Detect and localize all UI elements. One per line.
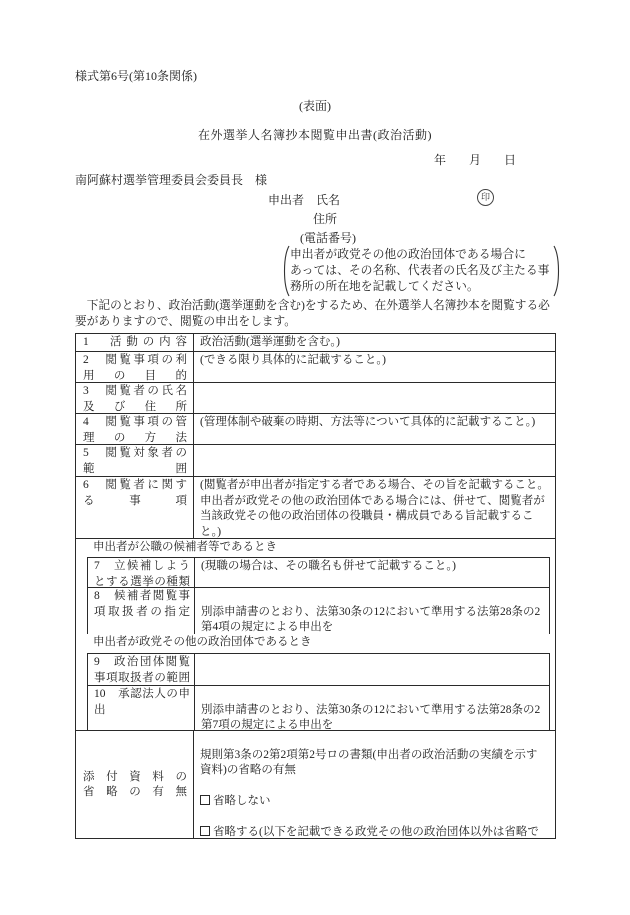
note-text: 申出者が政党その他の政治団体である場合に あっては、その名称、代表者の氏名及び主… — [290, 245, 553, 297]
row-scope-value-blank[interactable] — [194, 445, 555, 476]
row-activity-label: 1 活動の内容 — [76, 334, 194, 351]
approved-corp-text: 別添申請書のとおり、法第30条の12において準用する法第28条の2 第7項の規定… — [201, 703, 546, 731]
month-label: 月 — [469, 151, 481, 168]
paren-left-icon — [281, 245, 290, 297]
address-label[interactable]: 住所 — [313, 210, 337, 227]
body-paragraph: 下記のとおり、政治活動(選挙運動を含む)をするため、在外選挙人名簿抄本を閲覧する… — [75, 298, 620, 330]
political-org-subtable: 9 政治団体閲覧 事項取扱者の範囲 10 承認法人の申 出 別添申請書のとおり、… — [87, 653, 550, 730]
row-attachments-label: 添付資料の 省略の有無 — [76, 731, 194, 838]
paren-right-icon — [553, 245, 562, 297]
page-title: 在外選挙人名簿抄本閲覧申出書(政治活動) — [0, 126, 630, 143]
side-label: (表面) — [0, 97, 630, 114]
row-viewer-matters: 6 閲覧者に関す る事項 (閲覧者が申出者が指定する者である場合、その旨を記載す… — [76, 476, 555, 538]
row-approved-corp-value: 別添申請書のとおり、法第30条の12において準用する法第28条の2 第7項の規定… — [195, 686, 549, 730]
row-approved-corp: 10 承認法人の申 出 別添申請書のとおり、法第30条の12において準用する法第… — [88, 685, 549, 730]
checkbox-icon[interactable] — [200, 795, 210, 805]
row-activity: 1 活動の内容 政治活動(選挙運動を含む。) — [76, 334, 555, 351]
row-election-type: 7 立候補しよう とする選挙の種類 (現職の場合は、その職名も併せて記載すること… — [88, 558, 549, 587]
row-management-label: 4 閲覧事項の管 理の方法 — [76, 414, 194, 444]
year-label: 年 — [434, 151, 446, 168]
row-candidate-handler-label: 8 候補者閲覧事 項取扱者の指定 — [88, 588, 195, 634]
row-approved-corp-label: 10 承認法人の申 出 — [88, 686, 195, 730]
seal-stamp-icon: 印 — [477, 189, 494, 206]
applicant-name-label[interactable]: 申出者 氏名 — [268, 191, 340, 208]
phone-label[interactable]: (電話番号) — [300, 229, 356, 246]
row-management: 4 閲覧事項の管 理の方法 (管理体制や破棄の時期、方法等について具体的に記載す… — [76, 413, 555, 444]
row-org-handler-scope: 9 政治団体閲覧 事項取扱者の範囲 — [88, 654, 549, 685]
row-viewer-matters-label: 6 閲覧者に関す る事項 — [76, 477, 194, 538]
row-viewer-matters-value[interactable]: (閲覧者が申出者が指定する者である場合、その旨を記載すること。 申出者が政党その… — [194, 477, 555, 538]
row-viewer-name-label: 3 閲覧者の氏名 及び住所 — [76, 383, 194, 413]
row-attachments: 添付資料の 省略の有無 規則第3条の2第2項第2号ロの書類(申出者の政治活動の実… — [76, 730, 555, 838]
section-political-org-header: 申出者が政党その他の政治団体であるとき — [76, 634, 555, 653]
day-label: 日 — [504, 151, 516, 168]
row-candidate-handler: 8 候補者閲覧事 項取扱者の指定 別添申請書のとおり、法第30条の12において準… — [88, 587, 549, 634]
row-org-handler-scope-value-blank[interactable] — [195, 654, 549, 685]
row-management-value[interactable]: (管理体制や破棄の時期、方法等について具体的に記載すること。) — [194, 414, 555, 444]
candidate-subtable: 7 立候補しよう とする選挙の種類 (現職の場合は、その職名も併せて記載すること… — [87, 557, 550, 634]
checkbox-icon[interactable] — [200, 826, 210, 836]
candidate-handler-text: 別添申請書のとおり、法第30条の12において準用する法第28条の2 第4項の規定… — [201, 605, 546, 635]
application-table: 1 活動の内容 政治活動(選挙運動を含む。) 2 閲覧事項の利 用の目的 (でき… — [75, 333, 556, 839]
form-sheet: 様式第6号(第10条関係) (表面) 在外選挙人名簿抄本閲覧申出書(政治活動) … — [0, 0, 630, 915]
row-attachments-value: 規則第3条の2第2項第2号ロの書類(申出者の政治活動の実績を示す 資料)の省略の… — [194, 731, 555, 838]
row-purpose-value[interactable]: (できる限り具体的に記載すること。) — [194, 352, 555, 382]
row-org-handler-scope-label: 9 政治団体閲覧 事項取扱者の範囲 — [88, 654, 195, 685]
attachments-intro: 規則第3条の2第2項第2号ロの書類(申出者の政治活動の実績を示す 資料)の省略の… — [200, 748, 552, 779]
row-viewer-name-value-blank[interactable] — [194, 383, 555, 413]
row-scope-label: 5 閲覧対象者の 範囲 — [76, 445, 194, 476]
row-viewer-name: 3 閲覧者の氏名 及び住所 — [76, 382, 555, 413]
row-purpose-label: 2 閲覧事項の利 用の目的 — [76, 352, 194, 382]
date-line[interactable]: 年 月 日 — [434, 151, 516, 168]
row-candidate-handler-value: 別添申請書のとおり、法第30条の12において準用する法第28条の2 第4項の規定… — [195, 588, 549, 634]
row-scope: 5 閲覧対象者の 範囲 — [76, 444, 555, 476]
form-number: 様式第6号(第10条関係) — [75, 67, 197, 84]
political-org-note: 申出者が政党その他の政治団体である場合に あっては、その名称、代表者の氏名及び主… — [281, 245, 562, 297]
section-candidate-header: 申出者が公職の候補者等であるとき — [76, 538, 555, 557]
checkbox-omit[interactable]: 省略する(以下を記載できる政党その他の政治団体以外は省略で きないので注意) — [200, 825, 552, 838]
row-purpose: 2 閲覧事項の利 用の目的 (できる限り具体的に記載すること。) — [76, 351, 555, 382]
row-activity-value: 政治活動(選挙運動を含む。) — [194, 334, 555, 351]
checkbox-not-omit[interactable]: 省略しない — [200, 794, 552, 810]
row-election-type-value[interactable]: (現職の場合は、その職名も併せて記載すること。) — [195, 558, 549, 587]
row-election-type-label: 7 立候補しよう とする選挙の種類 — [88, 558, 195, 587]
addressee-line: 南阿蘇村選挙管理委員会委員長 様 — [75, 171, 267, 188]
